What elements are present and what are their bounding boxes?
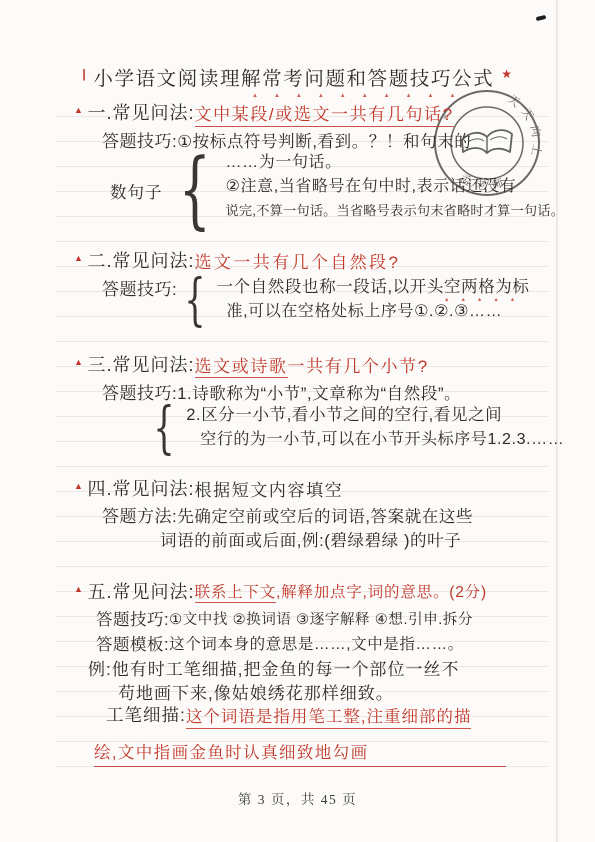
section-4-tip-label: 答题方法: bbox=[102, 502, 177, 527]
section-3-label: 三.常见问法: bbox=[88, 351, 195, 377]
section-2-heading: ▲ 二.常见问法: 选文一共有几个自然段? bbox=[74, 247, 400, 273]
section-1-line: ②注意,当省略号在句中时,表示话还没有 bbox=[226, 175, 565, 199]
section-4-line: 词语的前面或后面,例:(碧绿碧绿 )的叶子 bbox=[160, 527, 461, 551]
section-2-question: 选文一共有几个自然段? bbox=[195, 248, 401, 273]
section-5-term-label: 工笔细描: bbox=[106, 702, 186, 727]
section-5-label: 五.常见问法: bbox=[88, 578, 195, 604]
section-4-label: 四.常见问法: bbox=[88, 475, 195, 501]
title-star-icon: ★ bbox=[501, 67, 512, 81]
brace-icon: { bbox=[178, 147, 210, 231]
section-marker-icon: ▲ bbox=[74, 481, 84, 491]
title-row: | 小学语文阅读理解常考问题和答题技巧公式 ★ bbox=[0, 63, 595, 91]
section-5-example-line: 苟地画下来,像姑娘绣花那样细致。 bbox=[118, 679, 394, 704]
section-3-line: 空行的为一小节,可以在小节开头标序号1.2.3.…… bbox=[186, 428, 564, 453]
section-1-tip-intro: ①按标点符号判断,看到。？！和句末的 bbox=[177, 128, 471, 152]
section-1-tip-line: 答题技巧: ①按标点符号判断,看到。？！和句末的 bbox=[102, 127, 471, 152]
section-3-heading: ▲ 三.常见问法: 选文或诗歌一共有几个小节? bbox=[74, 351, 429, 377]
section-3-brace-block: { 2.区分一小节,看小节之间的空行,看见之间 空行的为一小节,可以在小节开头标… bbox=[146, 403, 564, 457]
grid-emphasis-marks: ▲▲▲▲▲ bbox=[444, 297, 526, 303]
section-marker-icon: ▲ bbox=[74, 105, 84, 115]
section-marker-icon: ▲ bbox=[74, 584, 84, 594]
section-5-answer-line: 工笔细描: 这个词语是指用笔工整,注重细部的描 bbox=[106, 702, 471, 729]
brace-icon: { bbox=[184, 273, 206, 329]
section-1-line: ……为一句话。 bbox=[226, 151, 565, 175]
section-5-template-text: 这个词本身的意思是……,文中是指……。 bbox=[169, 632, 464, 654]
section-5-tip-label: 答题技巧: bbox=[96, 606, 169, 630]
section-5-answer-text: 绘,文中指画金鱼时认真细致地勾画 bbox=[94, 739, 506, 767]
ink-fleck bbox=[536, 15, 547, 21]
section-3-question: 一共有几个小节? bbox=[288, 357, 429, 376]
section-1-label: 一.常见问法: bbox=[88, 99, 195, 125]
section-2-line: 准,可以在空格处标上序号①.②.③…… bbox=[216, 300, 529, 325]
section-4-method-line: 答题方法: 先确定空前或空后的词语,答案就在这些 bbox=[102, 502, 473, 527]
scanned-notes-page: 天天向上 孟老师 ✳ | 小学语文阅读理解常考问题和答题技巧公式 ★ ▲▲▲▲▲… bbox=[0, 0, 595, 842]
section-2-label: 二.常见问法: bbox=[88, 247, 195, 273]
section-3-question-emphasis: 选文或诗歌 bbox=[195, 357, 288, 378]
section-1-tip-label: 答题技巧: bbox=[102, 127, 177, 152]
page-title: 小学语文阅读理解常考问题和答题技巧公式 bbox=[93, 63, 494, 91]
section-3-line: 2.区分一小节,看小节之间的空行,看见之间 bbox=[186, 403, 564, 428]
section-marker-icon: ▲ bbox=[74, 357, 84, 367]
section-1-line: 说完,不算一句话。当省略号表示句末省略时才算一句话。 bbox=[226, 199, 565, 223]
section-3-tip-intro: 1.诗歌称为“小节”,文章称为“自然段”。 bbox=[177, 380, 461, 404]
section-5-template-line: 答题模板: 这个词本身的意思是……,文中是指……。 bbox=[96, 631, 464, 655]
section-5-tip-line: 答题技巧: ①文中找 ②换词语 ③逐字解释 ④想.引申.拆分 bbox=[96, 606, 473, 630]
section-1-heading: ▲ 一.常见问法: 文中某段/或选文一共有几句话? bbox=[74, 99, 454, 127]
section-5-tip-intro: ①文中找 ②换词语 ③逐字解释 ④想.引申.拆分 bbox=[169, 608, 473, 629]
section-2-tip-label: 答题技巧: bbox=[102, 275, 177, 300]
section-4-heading: ▲ 四.常见问法: 根据短文内容填空 bbox=[74, 475, 343, 501]
section-1-side-label: 数句子 bbox=[110, 179, 163, 203]
section-marker-icon: ▲ bbox=[74, 253, 84, 263]
section-5-answer-text: 这个词语是指用笔工整,注重细部的描 bbox=[186, 703, 472, 729]
section-5-example-line: 例:他有时工笔细描,把金鱼的每一个部位一丝不 bbox=[88, 655, 459, 680]
section-4-question: 根据短文内容填空 bbox=[195, 476, 344, 501]
section-1-brace-block: 数句子 { ……为一句话。 ②注意,当省略号在句中时,表示话还没有 说完,不算一… bbox=[110, 151, 564, 231]
section-5-question-emphasis: 联系上下文 bbox=[195, 584, 277, 603]
brace-icon: { bbox=[153, 401, 175, 457]
section-5-template-label: 答题模板: bbox=[96, 631, 169, 655]
section-5-question: ,解释加点字,词的意思。(2分) bbox=[276, 584, 487, 601]
page-number-footer: 第 3 页，共 45 页 bbox=[0, 788, 595, 808]
section-5-heading: ▲ 五.常见问法: 联系上下文,解释加点字,词的意思。(2分) bbox=[74, 578, 487, 604]
section-1-question: 文中某段/或选文一共有几句话? bbox=[195, 100, 454, 127]
title-left-mark-icon: | bbox=[82, 67, 86, 81]
section-4-line: 先确定空前或空后的词语,答案就在这些 bbox=[177, 503, 473, 527]
